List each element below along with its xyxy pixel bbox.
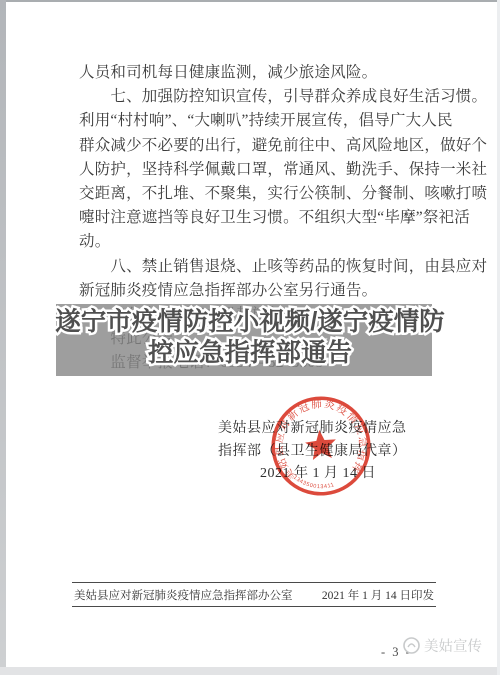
overlay-title-line-1: 遂宁市疫情防控小视频/遂宁疫情防: [28, 307, 472, 338]
body-line: 嚏时注意遮挡等良好卫生习惯。不组织大型“毕摩”祭祀活: [79, 206, 461, 230]
scan-edge-top: [0, 0, 500, 2]
body-line: 动。: [79, 230, 461, 254]
body-line: 利用“村村响”、“大喇叭”持续开展宣传，倡导广大人民: [79, 109, 461, 133]
body-line: 人防护，坚持科学佩戴口罩，常通风、勤洗手、保持一米社: [79, 158, 461, 182]
scan-edge-left: [0, 0, 6, 675]
body-line: 八、禁止销售退烧、止咳等药品的恢复时间，由县应对: [79, 255, 461, 279]
video-title-overlay: 遂宁市疫情防控小视频/遂宁疫情防 控应急指挥部通告: [28, 307, 472, 369]
body-line: 人员和司机每日健康监测，减少旅途风险。: [79, 61, 461, 85]
body-line: 群众减少不必要的出行，避免前往中、高风险地区，做好个: [79, 134, 461, 158]
body-line: 新冠肺炎疫情应急指挥部办公室另行通告。: [79, 279, 461, 303]
body-line: 交距离，不扎堆、不聚集，实行公筷制、分餐制、咳嗽打喷: [79, 182, 461, 206]
colophon-issuer: 美姑县应对新冠肺炎疫情应急指挥部办公室: [74, 587, 293, 603]
watermark-badge: 美姑宣传: [402, 635, 482, 656]
svg-text:美姑县应对新冠肺炎疫情应急指挥部: 美姑县应对新冠肺炎疫情应急指挥部: [252, 377, 373, 488]
scan-edge-bottom: [0, 667, 500, 675]
colophon-print-date: 2021 年 1 月 14 日印发: [322, 587, 434, 603]
document-photo: 人员和司机每日健康监测，减少旅途风险。 七、加强防控知识宣传，引导群众养成良好生…: [0, 0, 500, 675]
colophon-bar: 美姑县应对新冠肺炎疫情应急指挥部办公室 2021 年 1 月 14 日印发: [72, 582, 436, 607]
seal-star-icon: [304, 428, 338, 460]
overlay-title-line-2: 控应急指挥部通告: [28, 338, 472, 369]
watermark-logo-icon: [402, 636, 421, 655]
body-line: 七、加强防控知识宣传，引导群众养成良好生活习惯。: [79, 85, 461, 109]
official-seal: 美姑县应对新冠肺炎疫情应急指挥部 134350013411: [252, 377, 390, 515]
seal-ring-text: 美姑县应对新冠肺炎疫情应急指挥部: [252, 377, 373, 488]
watermark-label: 美姑宣传: [424, 635, 482, 656]
